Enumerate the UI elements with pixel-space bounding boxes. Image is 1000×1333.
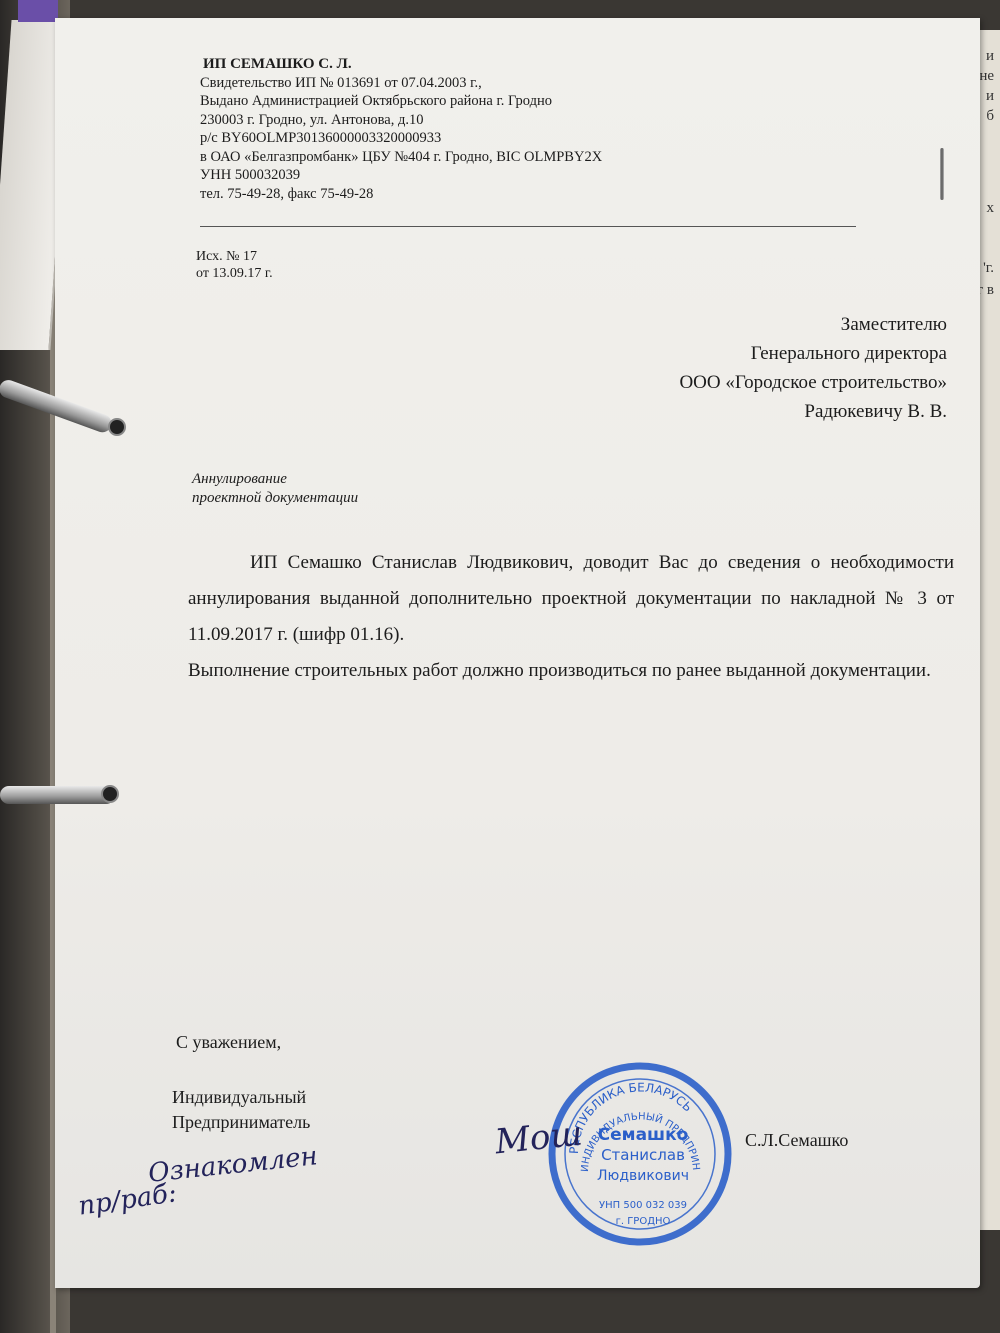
letterhead-line: Выдано Администрацией Октябрьского район… bbox=[200, 92, 602, 111]
subject: Аннулирование проектной документации bbox=[192, 470, 358, 508]
stamp-name-1: Семашко bbox=[598, 1125, 689, 1145]
letterhead-line: Свидетельство ИП № 013691 от 07.04.2003 … bbox=[200, 74, 602, 93]
background-text: б bbox=[986, 108, 994, 125]
letterhead: ИП СЕМАШКО С. Л. Свидетельство ИП № 0136… bbox=[200, 55, 602, 203]
binder-ring-bottom bbox=[0, 786, 115, 804]
subject-line: Аннулирование bbox=[192, 470, 358, 489]
background-text: 'г. bbox=[983, 260, 994, 277]
purple-folder-tab bbox=[18, 0, 58, 22]
stamp-city: г. ГРОДНО bbox=[616, 1216, 671, 1227]
letter-body: ИП Семашко Станислав Людвикович, доводит… bbox=[188, 545, 954, 689]
addressee-line: Генерального директора bbox=[679, 339, 947, 368]
signer-title: Индивидуальный Предприниматель bbox=[172, 1085, 310, 1135]
signer-title-line: Предприниматель bbox=[172, 1110, 310, 1135]
body-paragraph-1: ИП Семашко Станислав Людвикович, доводит… bbox=[188, 545, 954, 653]
addressee-line: Радюкевичу В. В. bbox=[679, 397, 947, 426]
letterhead-separator bbox=[200, 226, 856, 227]
closing-salutation: С уважением, bbox=[176, 1030, 281, 1054]
letterhead-line: тел. 75-49-28, факс 75-49-28 bbox=[200, 185, 602, 204]
background-text: и bbox=[986, 48, 994, 65]
binder-ring-bottom-end bbox=[101, 785, 119, 803]
staple bbox=[940, 148, 944, 200]
stamp-name-3: Людвикович bbox=[597, 1168, 689, 1184]
letterhead-line: 230003 г. Гродно, ул. Антонова, д.10 bbox=[200, 111, 602, 130]
addressee-line: ООО «Городское строительство» bbox=[679, 368, 947, 397]
binder-ring-top-end bbox=[108, 418, 126, 436]
letterhead-line: р/с BY60OLMP30136000003320000933 bbox=[200, 129, 602, 148]
signer-name: С.Л.Семашко bbox=[745, 1130, 848, 1151]
background-text: х bbox=[987, 200, 995, 217]
addressee-block: Заместителю Генерального директора ООО «… bbox=[679, 310, 947, 426]
outgoing-reference: Исх. № 17 от 13.09.17 г. bbox=[196, 248, 273, 282]
stamp-unp: УНП 500 032 039 bbox=[599, 1200, 687, 1211]
body-paragraph-2: Выполнение строительных работ должно про… bbox=[188, 653, 954, 689]
reference-number: Исх. № 17 bbox=[196, 248, 273, 265]
background-text: не bbox=[979, 68, 994, 85]
letterhead-line: в ОАО «Белгазпромбанк» ЦБУ №404 г. Гродн… bbox=[200, 148, 602, 167]
reference-date: от 13.09.17 г. bbox=[196, 265, 273, 282]
company-name: ИП СЕМАШКО С. Л. bbox=[200, 55, 602, 74]
addressee-line: Заместителю bbox=[679, 310, 947, 339]
subject-line: проектной документации bbox=[192, 489, 358, 508]
official-stamp: РЕСПУБЛИКА БЕЛАРУСЬ ИНДИВИДУАЛЬНЫЙ ПРЕДП… bbox=[548, 1062, 733, 1247]
signer-title-line: Индивидуальный bbox=[172, 1085, 310, 1110]
background-text: и bbox=[986, 88, 994, 105]
stamp-name-2: Станислав bbox=[601, 1146, 685, 1164]
letterhead-line: УНН 500032039 bbox=[200, 166, 602, 185]
